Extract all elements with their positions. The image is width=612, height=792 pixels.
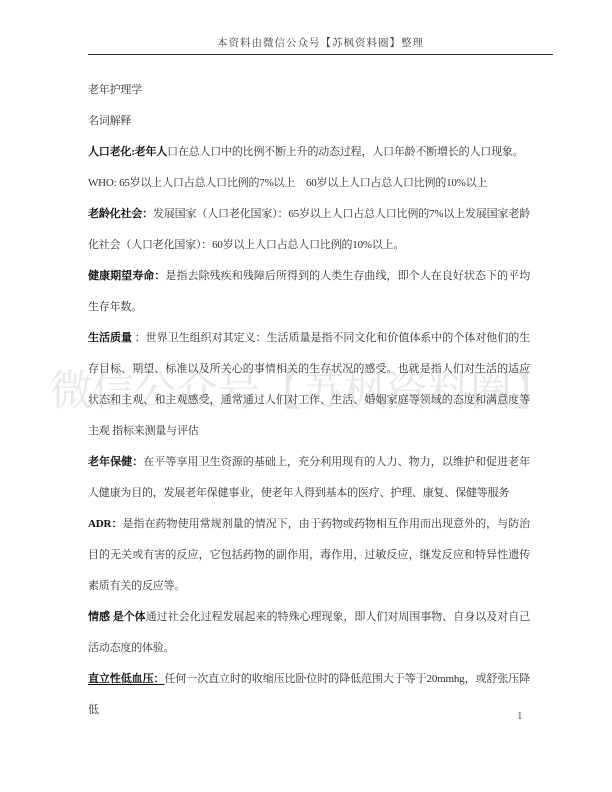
definitions-list: 人口老化:老年人口在总人口中的比例不断上升的动态过程，人口年龄不断增长的人口现象… xyxy=(88,137,530,726)
definition-term: 直立性低血压： xyxy=(88,673,164,685)
page-header: 本资料由微信公众号【苏枫资料圈】整理 xyxy=(88,36,553,52)
definition-paragraph: 人口老化:老年人口在总人口中的比例不断上升的动态过程，人口年龄不断增长的人口现象… xyxy=(88,137,530,168)
definition-text: 发展国家（人口老化国家）：65岁以上人口占总人口比例的7%以上发展国家老龄化社会… xyxy=(88,208,530,251)
header-rule xyxy=(88,54,553,55)
definition-paragraph: 直立性低血压：任何一次直立时的收缩压比卧位时的降低范围大于等于20mmhg，或舒… xyxy=(88,664,530,726)
definition-text: 是指在药物使用常规剂量的情况下，由于药物或药物相互作用而出现意外的，与防治目的无… xyxy=(88,518,530,592)
page-number: 1 xyxy=(517,710,523,722)
definition-paragraph: WHO: 65岁以上人口占总人口比例的7%以上 60岁以上人口占总人口比例的10… xyxy=(88,168,530,199)
definition-text: 通过社会化过程发展起来的特殊心理现象，即人们对周围事物、自身以及对自己活动态度的… xyxy=(88,611,530,654)
document-page: 本资料由微信公众号【苏枫资料圈】整理 微信公众号【苏枫资料圈】 老年护理学 名词… xyxy=(0,0,612,792)
definition-text: 在平等享用卫生资源的基础上，充分利用现有的人力、物力，以维护和促进老年人健康为目… xyxy=(88,456,530,499)
definition-term: 生活质量 xyxy=(88,332,132,344)
definition-paragraph: 老年保健：在平等享用卫生资源的基础上，充分利用现有的人力、物力，以维护和促进老年… xyxy=(88,447,530,509)
header-text: 本资料由微信公众号【苏枫资料圈】整理 xyxy=(88,36,553,52)
definition-term: 老龄化社会： xyxy=(88,208,153,220)
definition-text: ：世界卫生组织对其定义：生活质量是指不同文化和价值体系中的个体对他们的生存目标、… xyxy=(88,332,530,437)
definition-paragraph: ADR：是指在药物使用常规剂量的情况下，由于药物或药物相互作用而出现意外的，与防… xyxy=(88,509,530,602)
definition-term: 人口老化:老年人 xyxy=(88,146,167,158)
definition-paragraph: 老龄化社会：发展国家（人口老化国家）：65岁以上人口占总人口比例的7%以上发展国… xyxy=(88,199,530,261)
section-heading: 名词解释 xyxy=(88,106,530,137)
document-title: 老年护理学 xyxy=(88,75,530,106)
definition-term: 健康期望寿命： xyxy=(88,270,165,282)
definition-term: 老年保健： xyxy=(88,456,143,468)
definition-paragraph: 情感 是个体通过社会化过程发展起来的特殊心理现象，即人们对周围事物、自身以及对自… xyxy=(88,602,530,664)
definition-paragraph: 健康期望寿命：是指去除残疾和残障后所得到的人类生存曲线，即个人在良好状态下的平均… xyxy=(88,261,530,323)
definition-text: WHO: 65岁以上人口占总人口比例的7%以上 60岁以上人口占总人口比例的10… xyxy=(88,177,487,189)
document-content: 老年护理学 名词解释 人口老化:老年人口在总人口中的比例不断上升的动态过程，人口… xyxy=(88,75,530,726)
definition-paragraph: 生活质量 ：世界卫生组织对其定义：生活质量是指不同文化和价值体系中的个体对他们的… xyxy=(88,323,530,447)
definition-term: 情感 是个体 xyxy=(88,611,146,623)
definition-text: 口在总人口中的比例不断上升的动态过程，人口年龄不断增长的人口现象。 xyxy=(167,146,523,158)
definition-term: ADR： xyxy=(88,518,122,530)
